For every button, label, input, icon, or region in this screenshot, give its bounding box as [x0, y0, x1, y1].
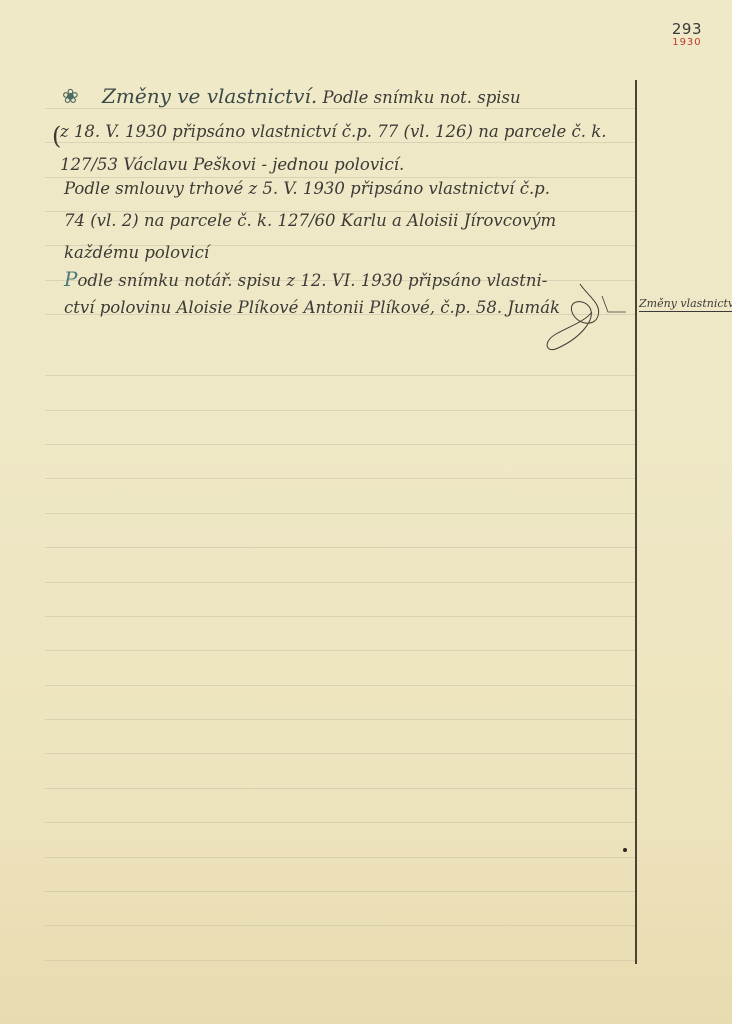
entry-line: 127/53 Václavu Peškovi - jednou polovicí… [60, 157, 404, 174]
ink-dot [623, 848, 627, 852]
section-heading: Změny ve vlastnictví. [102, 84, 317, 108]
ruled-line [45, 925, 635, 926]
ruled-line [45, 960, 635, 961]
page-number: 293 [672, 22, 702, 37]
flower-icon: ❀ [62, 84, 79, 108]
decorated-initial: P [64, 267, 77, 291]
entry-line: Podle snímku notář. spisu z 12. VI. 1930… [64, 269, 547, 290]
entry-text: Podle snímku not. spisu [317, 88, 520, 107]
ruled-line [45, 857, 635, 858]
entry-line: ctví polovinu Aloisie Plíkové Antonii Pl… [64, 300, 560, 317]
ruled-line [45, 788, 635, 789]
margin-rule [635, 80, 637, 964]
ruled-line [45, 108, 635, 109]
ruled-line [45, 142, 635, 143]
entry-line: každému polovicí [64, 245, 209, 262]
ruled-line [45, 822, 635, 823]
entry-text: každému polovicí [64, 243, 209, 262]
document-page: 293 1930 ❀ Změny ve vlastnictví. Podle s… [0, 0, 732, 1024]
entry-text: 127/53 Václavu Peškovi - jednou polovicí… [60, 155, 404, 174]
ruled-line [45, 375, 635, 376]
folio-year: 1930 [672, 38, 702, 48]
ruled-line [45, 478, 635, 479]
entry-text: 74 (vl. 2) na parcele č. k. 127/60 Karlu… [64, 211, 556, 230]
ruled-line [45, 177, 635, 178]
ruled-line [45, 685, 635, 686]
ruled-line [45, 719, 635, 720]
entry-line: Změny ve vlastnictví. Podle snímku not. … [102, 86, 521, 107]
entry-line: z 18. V. 1930 připsáno vlastnictví č.p. … [60, 124, 606, 141]
entry-text: odle snímku notář. spisu z 12. VI. 1930 … [77, 271, 547, 290]
ruled-line [45, 444, 635, 445]
entry-line: 74 (vl. 2) na parcele č. k. 127/60 Karlu… [64, 213, 556, 230]
entry-line: Podle smlouvy trhové z 5. V. 1930 připsá… [64, 181, 550, 198]
ruled-line [45, 547, 635, 548]
entry-text: Podle smlouvy trhové z 5. V. 1930 připsá… [64, 179, 550, 198]
ruled-line [45, 616, 635, 617]
ruled-line [45, 650, 635, 651]
ruled-line [45, 891, 635, 892]
ruled-line [45, 513, 635, 514]
signature-flourish [540, 282, 630, 360]
margin-note: Změny vlastnictví [639, 297, 732, 312]
ruled-line [45, 410, 635, 411]
entry-text: z 18. V. 1930 připsáno vlastnictví č.p. … [60, 122, 606, 141]
ruled-line [45, 753, 635, 754]
folio-stamp: 293 1930 [672, 22, 702, 48]
ruled-lines [45, 0, 635, 1000]
ruled-line [45, 582, 635, 583]
entry-text: ctví polovinu Aloisie Plíkové Antonii Pl… [64, 298, 560, 317]
